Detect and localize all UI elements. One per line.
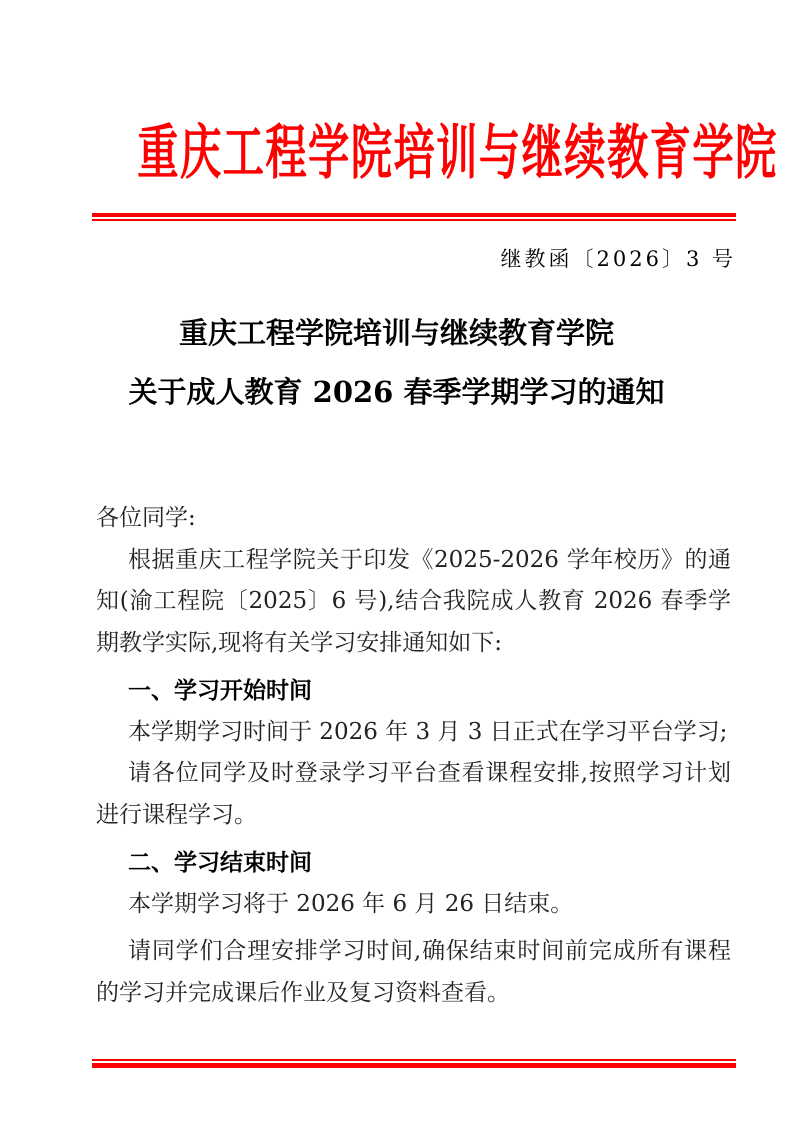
footer-rule-thin-line [92,1059,736,1061]
document-page: 重庆工程学院培训与继续教育学院 继教函〔2026〕3 号 重庆工程学院培训与继续… [0,0,793,1122]
section1-heading: 一、学习开始时间 [96,670,731,712]
section1-paragraph1: 本学期学习时间于 2026 年 3 月 3 日正式在学习平台学习; [96,712,731,754]
footer-rule [92,1059,736,1068]
section1-paragraph2: 请各位同学及时登录学习平台查看课程安排,按照学习计划进行课程学习。 [96,753,731,836]
section2-paragraph2: 请同学们合理安排学习时间,确保结束时间前完成所有课程的学习并完成课后作业及复习资… [96,931,731,1014]
intro-paragraph: 根据重庆工程学院关于印发《2025-2026 学年校历》的通知(渝工程院〔202… [96,540,731,665]
masthead: 重庆工程学院培训与继续教育学院 [0,123,793,182]
notice-title: 重庆工程学院培训与继续教育学院 关于成人教育 2026 春季学期学习的通知 [0,318,793,408]
header-rule-thick-line [92,213,736,217]
masthead-title: 重庆工程学院培训与继续教育学院 [137,123,778,182]
header-rule [92,213,736,221]
doc-number: 继教函〔2026〕3 号 [501,243,736,273]
notice-title-line1: 重庆工程学院培训与继续教育学院 [0,318,793,349]
header-rule-thin-line [92,219,736,221]
footer-rule-thick-line [92,1063,736,1068]
section2-heading: 二、学习结束时间 [96,842,731,884]
notice-title-line2: 关于成人教育 2026 春季学期学习的通知 [0,377,793,408]
section2-paragraph1: 本学期学习将于 2026 年 6 月 26 日结束。 [96,884,731,926]
notice-body: 各位同学: 根据重庆工程学院关于印发《2025-2026 学年校历》的通知(渝工… [96,498,731,1014]
salutation: 各位同学: [96,498,731,540]
